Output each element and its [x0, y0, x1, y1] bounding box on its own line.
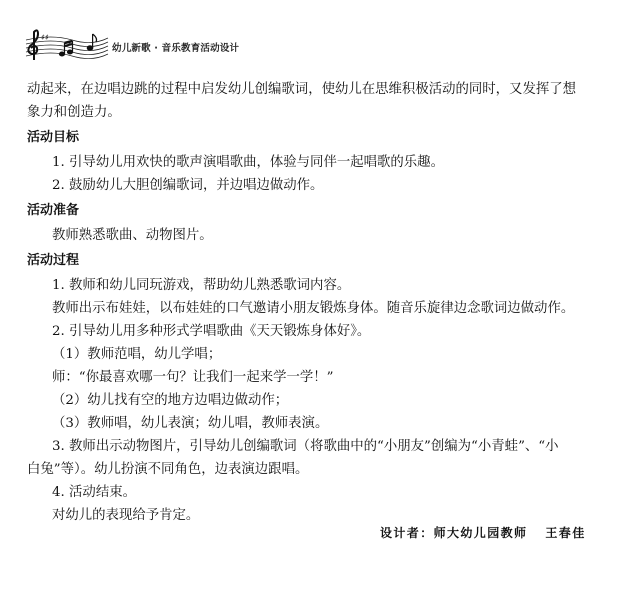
document-body: 动起来，在边唱边跳的过程中启发幼儿创编歌词，使幼儿在思维积极活动的同时，又发挥了… — [27, 78, 627, 527]
section-heading-process: 活动过程 — [27, 249, 627, 272]
process-line: （3）教师唱，幼儿表演；幼儿唱，教师表演。 — [27, 412, 627, 435]
preparation-item: 教师熟悉歌曲、动物图片。 — [27, 224, 627, 247]
intro-line: 动起来，在边唱边跳的过程中启发幼儿创编歌词，使幼儿在思维积极活动的同时，又发挥了… — [27, 78, 627, 101]
process-line: 师：“你最喜欢哪一句？让我们一起来学一学！” — [27, 366, 627, 389]
section-heading-goals: 活动目标 — [27, 126, 627, 149]
running-header: ♯♯ 幼儿新歌 · 音乐教育活动设计 — [22, 26, 239, 62]
intro-line: 象力和创造力。 — [27, 101, 627, 124]
process-line: 白兔”等）。幼儿扮演不同角色，边表演边跟唱。 — [27, 458, 627, 481]
process-line: 4. 活动结束。 — [27, 481, 627, 504]
process-line: 3. 教师出示动物图片，引导幼儿创编歌词（将歌曲中的“小朋友”创编为“小青蛙”、… — [27, 435, 627, 458]
running-header-title: 幼儿新歌 · 音乐教育活动设计 — [112, 40, 239, 54]
process-line: 2. 引导幼儿用多种形式学唱歌曲《天天锻炼身体好》。 — [27, 320, 627, 343]
music-notes-icon: ♯♯ — [22, 26, 110, 62]
author-signature: 设计者：师大幼儿园教师王春佳 — [380, 524, 586, 541]
goal-item: 1. 引导幼儿用欢快的歌声演唱歌曲，体验与同伴一起唱歌的乐趣。 — [27, 151, 627, 174]
section-heading-preparation: 活动准备 — [27, 199, 627, 222]
process-line: （2）幼儿找有空的地方边唱边做动作； — [27, 389, 627, 412]
process-line: 教师出示布娃娃，以布娃娃的口气邀请小朋友锻炼身体。随音乐旋律边念歌词边做动作。 — [27, 297, 627, 320]
svg-text:♯♯: ♯♯ — [41, 33, 49, 42]
process-line: 1. 教师和幼儿同玩游戏，帮助幼儿熟悉歌词内容。 — [27, 274, 627, 297]
goal-item: 2. 鼓励幼儿大胆创编歌词，并边唱边做动作。 — [27, 174, 627, 197]
process-line: （1）教师范唱，幼儿学唱； — [27, 343, 627, 366]
author-name: 王春佳 — [545, 526, 585, 540]
author-label: 设计者：师大幼儿园教师 — [380, 526, 527, 540]
